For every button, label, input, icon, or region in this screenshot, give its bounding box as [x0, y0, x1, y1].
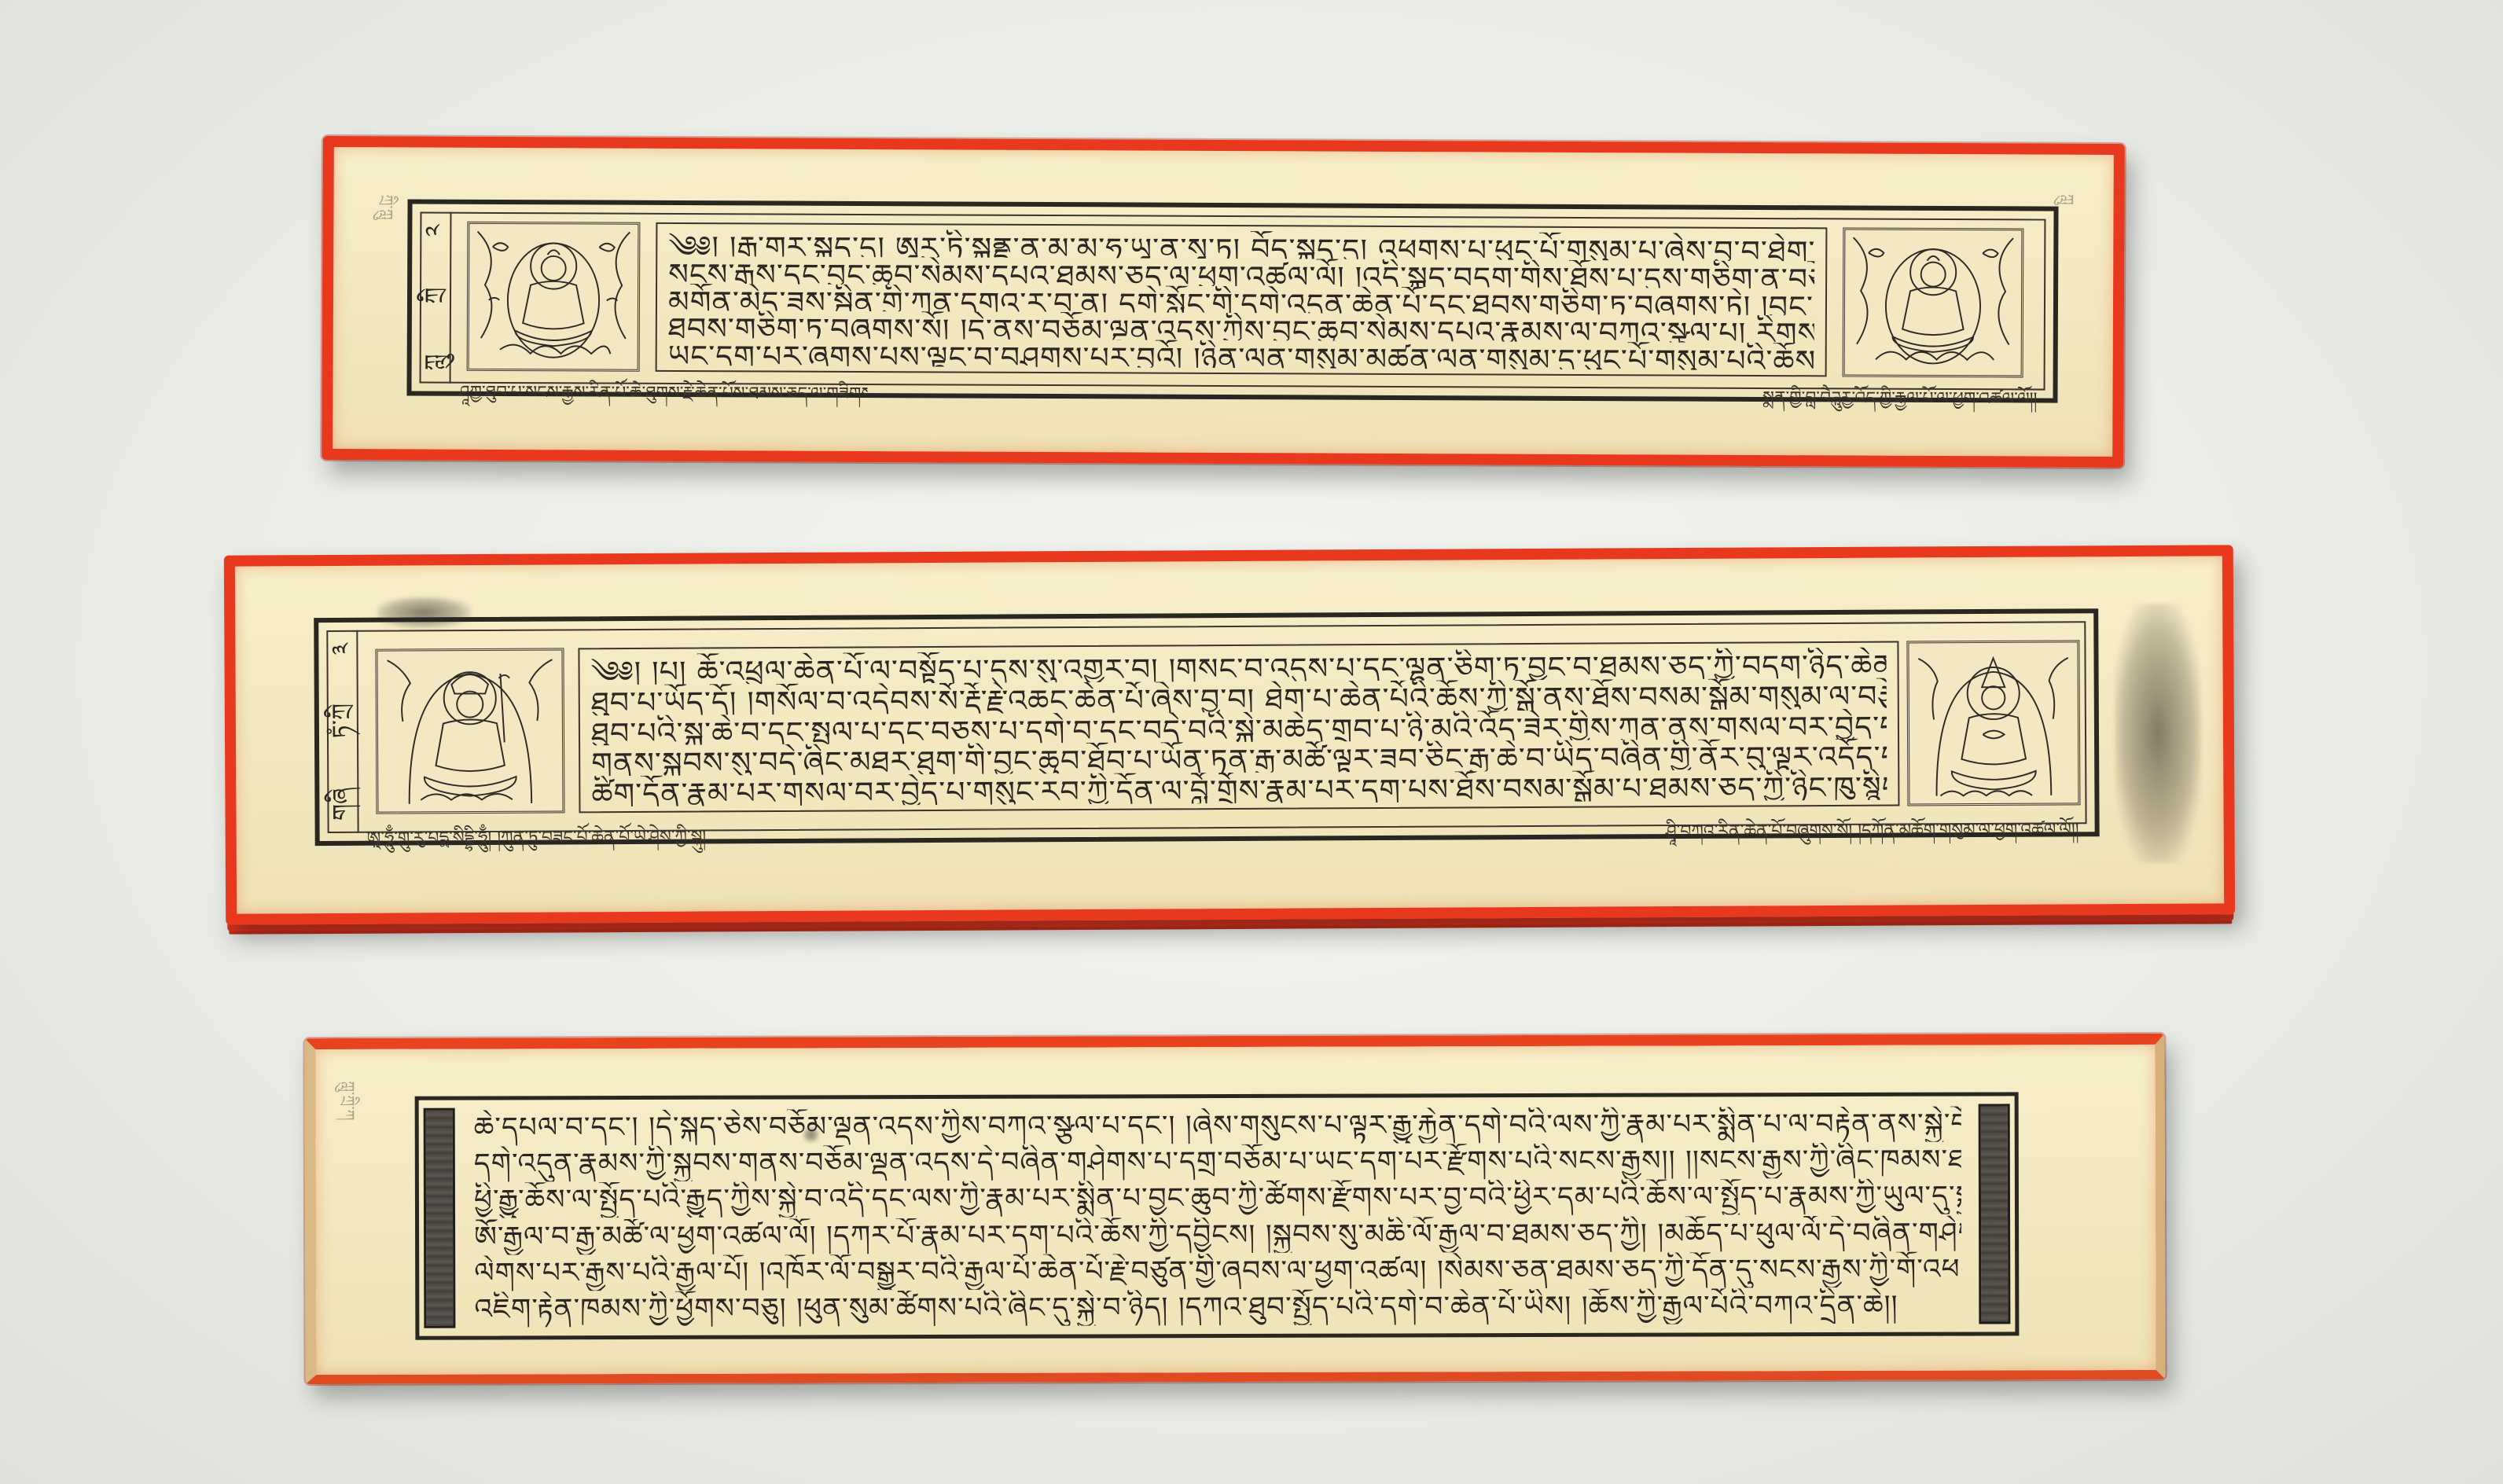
- text-line: འཇིག་རྟེན་ཁམས་ཀྱི་ཕྱོགས་བཅུ། །ཕུན་སུམ་ཚོ…: [474, 1288, 1961, 1328]
- buddha-illustration-right: [1843, 227, 2024, 377]
- margin-labels: ༢ ཀྲི ཀླུ: [420, 212, 452, 384]
- ink-smudge-right-edge: [2114, 604, 2202, 864]
- margin-labels: ༣ ཏཾ་ཀྲི གཞི: [326, 630, 358, 833]
- text-line: ཡང་དག་པར་ཞུགས་པས་ལྟུང་བ་བཤགས་པར་བྱའོ། །ཉ…: [668, 338, 1814, 370]
- folio-number: ༣: [308, 643, 374, 656]
- text-block: ༄༅། །རྒྱ་གར་སྐད་དུ། ཨཱརྱ་ཏྲི་སྐནྡྷ་ནཱ་མ་…: [656, 222, 1828, 377]
- printed-frame: ༢ ཀྲི ཀླུ ༄༅། །རྒྱ་ག: [406, 199, 2058, 402]
- volume-label: ཏཾ་ཀྲི: [309, 703, 375, 739]
- caption-right: ཤྲཱི་བཀའ་རིན་ཆེན་པོ་བཞུགས་སོ། །དཀོན་མཆོག…: [1608, 810, 2079, 861]
- caption-right: སྨན་གྱི་བླ་བཻཌཱུརྱ་འོད་ཀྱི་རྒྱལ་པོ་ལ་ཕྱག…: [1597, 377, 2037, 428]
- printed-frame: ཆེ་དཔལ་བ་དང་། །དེ་སྐད་ཅེས་བཅོམ་ལྡན་འདས་ཀ…: [415, 1092, 2020, 1339]
- ink-dot: [803, 1126, 819, 1142]
- text-line: ཆེ་དཔལ་བ་དང་། །དེ་སྐད་ཅེས་བཅོམ་ལྡན་འདས་ཀ…: [474, 1106, 1961, 1145]
- volume-label: ཀྲི: [402, 287, 468, 303]
- text-line: ལེགས་པར་རྒྱས་པའི་རྒྱལ་པོ། །འཁོར་ལོ་བསྒྱུ…: [474, 1252, 1961, 1291]
- faint-margin-text-left: ཀྲི་ཀླུ: [365, 194, 409, 220]
- seated-buddha-icon: [469, 224, 638, 369]
- text-line: དགེ་འདུན་རྣམས་ཀྱི་སྐྱབས་གནས་བཅོམ་ལྡན་འདས…: [474, 1143, 1961, 1182]
- seated-buddha-icon: [1845, 230, 2022, 375]
- guru-rinpoche-icon: [377, 650, 562, 811]
- caption-left: ཨཱ་ཧཱུྃ་གུ་རུ་པདྨ་སིདྡྷི་ཧཱུྃ། །ཀུན་ཏུ་བ…: [367, 817, 776, 868]
- buddha-illustration-left: [467, 222, 641, 372]
- text-line: ཕྱི་རྒྱུ་ཆོས་ལ་སྤྱོད་པའི་རྒྱུད་ཀྱིས་སྐྱེ…: [474, 1179, 1961, 1218]
- folio-number: ༢: [402, 224, 468, 237]
- title-label: ཀླུ: [402, 354, 468, 370]
- guru-rinpoche-illustration: [375, 648, 564, 814]
- folio-2: ༣ ཏཾ་ཀྲི གཞི ༄༅། །པ། ཆོ་འཕྲུལ་ཆ: [224, 545, 2235, 924]
- lama-illustration: [1906, 640, 2080, 806]
- text-line: ཚིག་དོན་རྣམ་པར་གསལ་བར་བྱེད་པ་གསུང་རབ་ཀྱི…: [591, 770, 1887, 806]
- caption-left: ཤཱཀྱ་ཐུབ་པ་སངས་རྒྱས་རིན་པོ་ཆེ་ཐུགས་རྗེ་ཆ…: [458, 373, 867, 423]
- seated-lama-icon: [1909, 642, 2078, 803]
- faint-bleed-through-text: ཀླུ་ཀྲི་ཀ: [327, 1081, 371, 1121]
- text-block: ཆེ་དཔལ་བ་དང་། །དེ་སྐད་ཅེས་བཅོམ་ལྡན་འདས་ཀ…: [463, 1101, 1973, 1333]
- folio-3: ཀླུ་ཀྲི་ཀ ཆེ་དཔལ་བ་དང་། །དེ་སྐད་ཅེས་བཅོམ…: [304, 1034, 2165, 1384]
- text-line: ཨོྃ་རྒྱལ་བ་རྒྱ་མཚོ་ལ་ཕྱག་འཚལ་ལོ། །དཀར་པོ…: [474, 1215, 1961, 1254]
- text-block: ༄༅། །པ། ཆོ་འཕྲུལ་ཆེན་པོ་ལ་བསྟོད་པ་དུས་སུ…: [578, 641, 1899, 814]
- folio-1: ཀྲི་ཀླུ ཀླུ ༢ ཀྲི ཀླུ: [322, 136, 2125, 468]
- dark-side-panel-right: [1979, 1104, 2011, 1324]
- faint-margin-text-right: ཀླུ: [2046, 194, 2090, 205]
- dark-side-panel-left: [424, 1108, 456, 1328]
- printed-frame: ༣ ཏཾ་ཀྲི གཞི ༄༅། །པ། ཆོ་འཕྲུལ་ཆ: [314, 608, 2099, 846]
- title-label: གཞི: [309, 788, 375, 821]
